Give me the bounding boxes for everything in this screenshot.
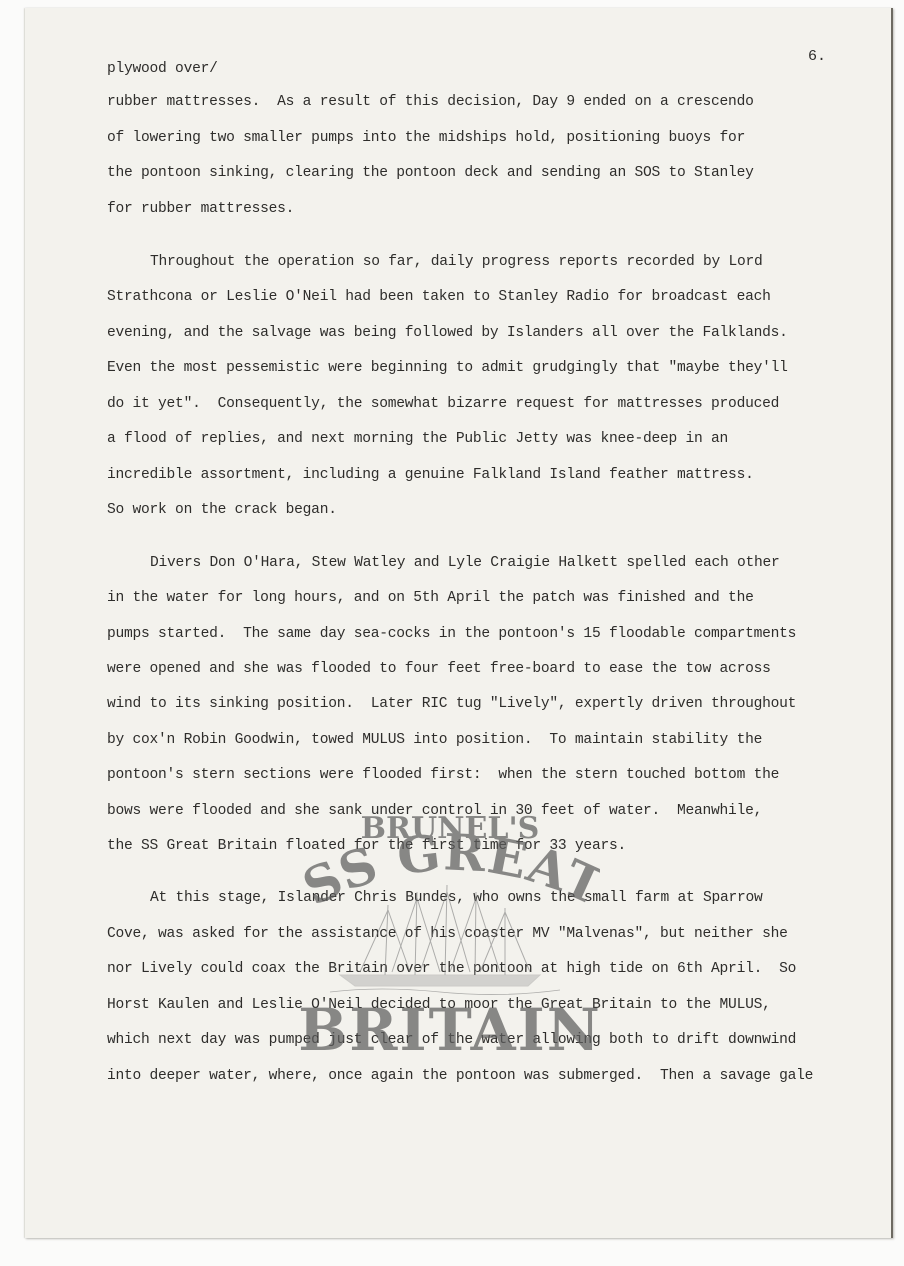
paragraph-3-line: by cox'n Robin Goodwin, towed MULUS into… [107, 732, 762, 748]
paragraph-3-line: were opened and she was flooded to four … [107, 661, 771, 677]
carryover-note: plywood over/ [107, 61, 218, 77]
paragraph-3-line: bows were flooded and she sank under con… [107, 803, 762, 819]
document-page [25, 8, 893, 1238]
paragraph-2-line: incredible assortment, including a genui… [107, 467, 754, 483]
page-number: 6. [808, 48, 826, 65]
paragraph-2-line: Strathcona or Leslie O'Neil had been tak… [107, 289, 771, 305]
paragraph-2-line: a flood of replies, and next morning the… [107, 431, 728, 447]
paragraph-3-line: Divers Don O'Hara, Stew Watley and Lyle … [150, 555, 780, 571]
paragraph-3-line: pontoon's stern sections were flooded fi… [107, 767, 779, 783]
paragraph-3-line: the SS Great Britain floated for the fir… [107, 838, 626, 854]
paragraph-2-line: do it yet". Consequently, the somewhat b… [107, 396, 779, 412]
paragraph-4-line: Cove, was asked for the assistance of hi… [107, 926, 788, 942]
paragraph-4-line: into deeper water, where, once again the… [107, 1068, 813, 1084]
paragraph-3-line: wind to its sinking position. Later RIC … [107, 696, 796, 712]
paragraph-2-line: evening, and the salvage was being follo… [107, 325, 788, 341]
paragraph-2-line: So work on the crack began. [107, 502, 337, 518]
paragraph-4-line: which next day was pumped just clear of … [107, 1032, 796, 1048]
paragraph-2-line: Even the most pessemistic were beginning… [107, 360, 788, 376]
paragraph-1-line: of lowering two smaller pumps into the m… [107, 130, 745, 146]
paragraph-2-line: Throughout the operation so far, daily p… [150, 254, 763, 270]
paragraph-3-line: in the water for long hours, and on 5th … [107, 590, 754, 606]
paragraph-4-line: At this stage, Islander Chris Bundes, wh… [150, 890, 763, 906]
paragraph-3-line: pumps started. The same day sea-cocks in… [107, 626, 796, 642]
paragraph-4-line: Horst Kaulen and Leslie O'Neil decided t… [107, 997, 771, 1013]
paragraph-1-line: for rubber mattresses. [107, 201, 294, 217]
paragraph-1-line: the pontoon sinking, clearing the pontoo… [107, 165, 754, 181]
paragraph-1-line: rubber mattresses. As a result of this d… [107, 94, 754, 110]
paragraph-4-line: nor Lively could coax the Britain over t… [107, 961, 796, 977]
